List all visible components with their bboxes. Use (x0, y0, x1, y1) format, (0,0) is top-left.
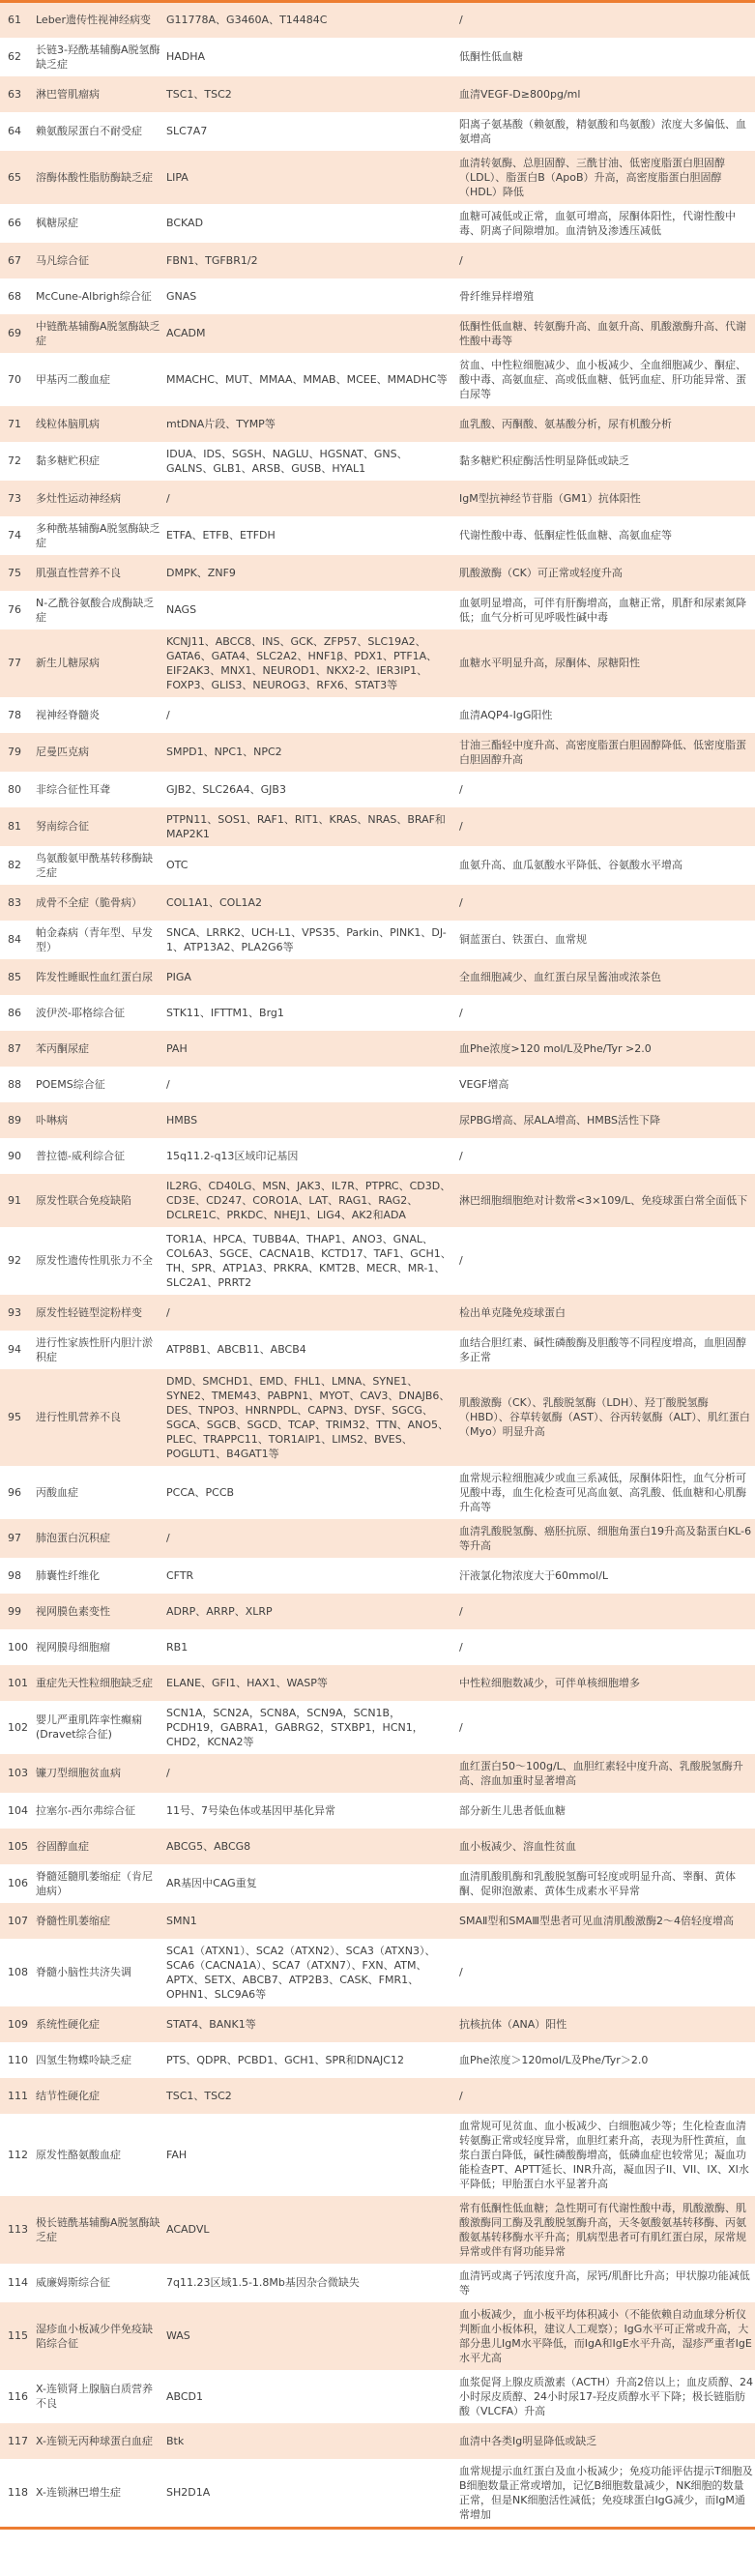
lab-findings: 汗液氯化物浓度大于60mmol/L (459, 1558, 755, 1594)
table-row: 106 脊髓延髓肌萎缩症（肯尼迪病） AR基因中CAG重复 血清肌酸肌酶和乳酸脱… (0, 1864, 755, 1903)
lab-findings: / (459, 243, 755, 278)
table-row: 73 多灶性运动神经病 / IgM型抗神经节苷脂（GM1）抗体阳性 (0, 481, 755, 516)
table-row: 83 成骨不全症（脆骨病） COL1A1、COL1A2 / (0, 885, 755, 921)
gene-list: 7q11.23区域1.5-1.8Mb基因杂合微缺失 (166, 2264, 459, 2302)
disease-name: 枫糖尿症 (36, 204, 166, 243)
disease-name: 波伊茨-耶格综合征 (36, 995, 166, 1031)
table-row: 114 威廉姆斯综合征 7q11.23区域1.5-1.8Mb基因杂合微缺失 血清… (0, 2264, 755, 2302)
lab-findings: 血结合胆红素、碱性磷酸酶及胆酸等不同程度增高，血胆固醇多正常 (459, 1331, 755, 1369)
lab-findings: VEGF增高 (459, 1067, 755, 1102)
lab-findings: 代谢性酸中毒、低酮症性低血糖、高氨血症等 (459, 516, 755, 555)
disease-name: 鸟氨酸氨甲酰基转移酶缺乏症 (36, 846, 166, 885)
table-row: 85 阵发性睡眠性血红蛋白尿 PIGA 全血细胞减少、血红蛋白尿呈酱油或浓茶色 (0, 959, 755, 995)
gene-list: LIPA (166, 151, 459, 204)
gene-list: HMBS (166, 1102, 459, 1138)
disease-name: 成骨不全症（脆骨病） (36, 885, 166, 921)
row-number: 110 (0, 2042, 36, 2078)
row-number: 109 (0, 2006, 36, 2042)
row-number: 65 (0, 151, 36, 204)
row-number: 95 (0, 1369, 36, 1466)
table-row: 111 结节性硬化症 TSC1、TSC2 / (0, 2078, 755, 2114)
gene-list: IDUA、IDS、SGSH、NAGLU、HGSNAT、GNS、GALNS、GLB… (166, 442, 459, 481)
lab-findings: / (459, 1138, 755, 1174)
disease-name: N-乙酰谷氨酸合成酶缺乏症 (36, 591, 166, 629)
table-row: 71 线粒体脑肌病 mtDNA片段、TYMP等 血乳酸、丙酮酸、氨基酸分析，尿有… (0, 406, 755, 442)
lab-findings: 全血细胞减少、血红蛋白尿呈酱油或浓茶色 (459, 959, 755, 995)
gene-list: AR基因中CAG重复 (166, 1864, 459, 1903)
gene-list: ELANE、GFI1、HAX1、WASP等 (166, 1665, 459, 1701)
gene-list: ACADVL (166, 2196, 459, 2264)
disease-table: 61 Leber遗传性视神经病变 G11778A、G3460A、T14484C … (0, 0, 755, 2530)
gene-list: PTS、QDPR、PCBD1、GCH1、SPR和DNAJC12 (166, 2042, 459, 2078)
gene-list: / (166, 1295, 459, 1331)
disease-name: 脊髓小脑性共济失调 (36, 1939, 166, 2006)
disease-name: 黏多糖贮积症 (36, 442, 166, 481)
row-number: 97 (0, 1519, 36, 1558)
row-number: 112 (0, 2114, 36, 2196)
disease-name: 视网膜母细胞瘤 (36, 1629, 166, 1665)
lab-findings: 血清钙或离子钙浓度升高，尿钙/肌酐比升高；甲状腺功能减低等 (459, 2264, 755, 2302)
table-row: 117 X-连锁无丙种球蛋白血症 Btk 血清中各类Ig明显降低或缺乏 (0, 2423, 755, 2459)
lab-findings: 淋巴细胞细胞绝对计数常<3×109/L、免疫球蛋白常全面低下 (459, 1174, 755, 1227)
table-row: 105 谷固醇血症 ABCG5、ABCG8 血小板减少、溶血性贫血 (0, 1829, 755, 1864)
disease-name: 长链3-羟酰基辅酶A脱氢酶缺乏症 (36, 38, 166, 76)
disease-name: 原发性联合免疫缺陷 (36, 1174, 166, 1227)
lab-findings: 血Phe浓度＞120mol/L及Phe/Tyr＞2.0 (459, 2042, 755, 2078)
table-row: 100 视网膜母细胞瘤 RB1 / (0, 1629, 755, 1665)
lab-findings: 肌酸激酶（CK）、乳酸脱氢酶（LDH）、羟丁酸脱氢酶（HBD）、谷草转氨酶（AS… (459, 1369, 755, 1466)
lab-findings: 血清肌酸肌酶和乳酸脱氢酶可轻度或明显升高、睾酮、黄体酮、促卵泡激素、黄体生成素水… (459, 1864, 755, 1903)
disease-name: 肺囊性纤维化 (36, 1558, 166, 1594)
lab-findings: 血常规可见贫血、血小板减少、白细胞减少等；生化检查血清转氨酶正常或轻度异常，血胆… (459, 2114, 755, 2196)
row-number: 101 (0, 1665, 36, 1701)
table-row: 102 婴儿严重肌阵挛性癫痫(Dravet综合征) SCN1A，SCN2A，SC… (0, 1701, 755, 1754)
table-row: 65 溶酶体酸性脂肪酶缺乏症 LIPA 血清转氨酶、总胆固醇、三酰甘油、低密度脂… (0, 151, 755, 204)
lab-findings: / (459, 1701, 755, 1754)
lab-findings: 血清中各类Ig明显降低或缺乏 (459, 2423, 755, 2459)
gene-list: PAH (166, 1031, 459, 1067)
lab-findings: 血常规示粒细胞减少或血三系减低，尿酮体阳性，血气分析可见酸中毒，血生化检查可见高… (459, 1466, 755, 1519)
table-row: 88 POEMS综合征 / VEGF增高 (0, 1067, 755, 1102)
disease-name: POEMS综合征 (36, 1067, 166, 1102)
disease-name: 原发性轻链型淀粉样变 (36, 1295, 166, 1331)
table-row: 67 马凡综合征 FBN1、TGFBR1/2 / (0, 243, 755, 278)
gene-list: SMN1 (166, 1903, 459, 1939)
lab-findings: 血清VEGF-D≥800pg/ml (459, 76, 755, 112)
gene-list: / (166, 1067, 459, 1102)
gene-list: STK11、IFTTM1、Brg1 (166, 995, 459, 1031)
lab-findings: 血氨明显增高，可伴有肝酶增高，血糖正常，肌酐和尿素氮降低；血气分析可见呼吸性碱中… (459, 591, 755, 629)
disease-name: 脊髓性肌萎缩症 (36, 1903, 166, 1939)
lab-findings: 阳离子氨基酸（赖氨酸，精氨酸和鸟氨酸）浓度大多偏低、血氨增高 (459, 112, 755, 151)
disease-name: 谷固醇血症 (36, 1829, 166, 1864)
disease-name: 视网膜色素变性 (36, 1594, 166, 1629)
gene-list: / (166, 697, 459, 733)
row-number: 73 (0, 481, 36, 516)
table-row: 93 原发性轻链型淀粉样变 / 检出单克隆免疫球蛋白 (0, 1295, 755, 1331)
disease-name: 四氢生物蝶呤缺乏症 (36, 2042, 166, 2078)
table-row: 104 拉塞尔-西尔弗综合征 11号、7号染色体或基因甲基化异常 部分新生儿患者… (0, 1793, 755, 1829)
lab-findings: / (459, 2, 755, 38)
row-number: 61 (0, 2, 36, 38)
gene-list: SCA1（ATXN1）、SCA2（ATXN2）、SCA3（ATXN3）、SCA6… (166, 1939, 459, 2006)
disease-name: 结节性硬化症 (36, 2078, 166, 2114)
lab-findings: 血小板减少、溶血性贫血 (459, 1829, 755, 1864)
lab-findings: 血氨升高、血瓜氨酸水平降低、谷氨酸水平增高 (459, 846, 755, 885)
gene-list: FBN1、TGFBR1/2 (166, 243, 459, 278)
table-row: 70 甲基丙二酸血症 MMACHC、MUT、MMAA、MMAB、MCEE、MMA… (0, 353, 755, 406)
disease-name: 进行性肌营养不良 (36, 1369, 166, 1466)
gene-list: TSC1、TSC2 (166, 76, 459, 112)
row-number: 62 (0, 38, 36, 76)
row-number: 86 (0, 995, 36, 1031)
table-row: 108 脊髓小脑性共济失调 SCA1（ATXN1）、SCA2（ATXN2）、SC… (0, 1939, 755, 2006)
disease-name: 新生儿糖尿病 (36, 629, 166, 697)
gene-list: CFTR (166, 1558, 459, 1594)
row-number: 85 (0, 959, 36, 995)
row-number: 64 (0, 112, 36, 151)
lab-findings: SMAⅡ型和SMAⅢ型患者可见血清肌酸激酶2～4倍轻度增高 (459, 1903, 755, 1939)
disease-name: 多种酰基辅酶A脱氢酶缺乏症 (36, 516, 166, 555)
lab-findings: 甘油三酯轻中度升高、高密度脂蛋白胆固醇降低、低密度脂蛋白胆固醇升高 (459, 733, 755, 772)
disease-name: 帕金森病（青年型、早发型） (36, 921, 166, 959)
gene-list: OTC (166, 846, 459, 885)
row-number: 114 (0, 2264, 36, 2302)
disease-name: 淋巴管肌瘤病 (36, 76, 166, 112)
lab-findings: 血糖水平明显升高，尿酮体、尿糖阳性 (459, 629, 755, 697)
row-number: 99 (0, 1594, 36, 1629)
table-row: 72 黏多糖贮积症 IDUA、IDS、SGSH、NAGLU、HGSNAT、GNS… (0, 442, 755, 481)
lab-findings: 血清AQP4-IgG阳性 (459, 697, 755, 733)
disease-name: 中链酰基辅酶A脱氢酶缺乏症 (36, 314, 166, 353)
table-row: 69 中链酰基辅酶A脱氢酶缺乏症 ACADM 低酮性低血糖、转氨酶升高、血氨升高… (0, 314, 755, 353)
row-number: 92 (0, 1227, 36, 1295)
row-number: 108 (0, 1939, 36, 2006)
gene-list: HADHA (166, 38, 459, 76)
disease-name: 阵发性睡眠性血红蛋白尿 (36, 959, 166, 995)
disease-name: McCune-Albrigh综合征 (36, 278, 166, 314)
table-row: 78 视神经脊髓炎 / 血清AQP4-IgG阳性 (0, 697, 755, 733)
disease-name: 马凡综合征 (36, 243, 166, 278)
gene-list: / (166, 1519, 459, 1558)
lab-findings: 尿PBG增高、尿ALA增高、HMBS活性下降 (459, 1102, 755, 1138)
disease-name: 婴儿严重肌阵挛性癫痫(Dravet综合征) (36, 1701, 166, 1754)
disease-name: 尼曼匹克病 (36, 733, 166, 772)
table-row: 68 McCune-Albrigh综合征 GNAS 骨纤维异样增殖 (0, 278, 755, 314)
row-number: 78 (0, 697, 36, 733)
table-row: 98 肺囊性纤维化 CFTR 汗液氯化物浓度大于60mmol/L (0, 1558, 755, 1594)
table-row: 110 四氢生物蝶呤缺乏症 PTS、QDPR、PCBD1、GCH1、SPR和DN… (0, 2042, 755, 2078)
gene-list: STAT4、BANK1等 (166, 2006, 459, 2042)
table-row: 103 镰刀型细胞贫血病 / 血红蛋白50～100g/L、血胆红素轻中度升高、乳… (0, 1754, 755, 1793)
table-row: 75 肌强直性营养不良 DMPK、ZNF9 肌酸激酶（CK）可正常或轻度升高 (0, 555, 755, 591)
lab-findings: / (459, 1594, 755, 1629)
row-number: 113 (0, 2196, 36, 2264)
table-row: 82 鸟氨酸氨甲酰基转移酶缺乏症 OTC 血氨升高、血瓜氨酸水平降低、谷氨酸水平… (0, 846, 755, 885)
table-row: 113 极长链酰基辅酶A脱氢酶缺乏症 ACADVL 常有低酮性低血糖；急性期可有… (0, 2196, 755, 2264)
row-number: 90 (0, 1138, 36, 1174)
table-row: 112 原发性酪氨酸血症 FAH 血常规可见贫血、血小板减少、白细胞减少等；生化… (0, 2114, 755, 2196)
row-number: 100 (0, 1629, 36, 1665)
lab-findings: 低酮性低血糖、转氨酶升高、血氨升高、肌酸激酶升高、代谢性酸中毒等 (459, 314, 755, 353)
disease-name: 丙酸血症 (36, 1466, 166, 1519)
disease-name: 镰刀型细胞贫血病 (36, 1754, 166, 1793)
row-number: 116 (0, 2370, 36, 2423)
gene-list: FAH (166, 2114, 459, 2196)
disease-name: X-连锁肾上腺脑白质营养不良 (36, 2370, 166, 2423)
gene-list: SMPD1、NPC1、NPC2 (166, 733, 459, 772)
row-number: 81 (0, 807, 36, 846)
disease-name: 湿疹血小板减少伴免疫缺陷综合征 (36, 2302, 166, 2370)
table-row: 87 苯丙酮尿症 PAH 血Phe浓度>120 mol/L及Phe/Tyr >2… (0, 1031, 755, 1067)
disease-name: 赖氨酸尿蛋白不耐受症 (36, 112, 166, 151)
table-row: 86 波伊茨-耶格综合征 STK11、IFTTM1、Brg1 / (0, 995, 755, 1031)
gene-list: TOR1A、HPCA、TUBB4A、THAP1、ANO3、GNAL、COL6A3… (166, 1227, 459, 1295)
row-number: 84 (0, 921, 36, 959)
disease-name: 重症先天性粒细胞缺乏症 (36, 1665, 166, 1701)
table-row: 92 原发性遗传性肌张力不全 TOR1A、HPCA、TUBB4A、THAP1、A… (0, 1227, 755, 1295)
lab-findings: 中性粒细胞数减少，可伴单核细胞增多 (459, 1665, 755, 1701)
gene-list: DMD、SMCHD1、EMD、FHL1、LMNA、SYNE1、SYNE2、TME… (166, 1369, 459, 1466)
gene-list: ETFA、ETFB、ETFDH (166, 516, 459, 555)
disease-name: 努南综合征 (36, 807, 166, 846)
lab-findings: 常有低酮性低血糖；急性期可有代谢性酸中毒，肌酸激酶、肌酸激酶同工酶及乳酸脱氢酶升… (459, 2196, 755, 2264)
disease-name: 非综合征性耳聋 (36, 772, 166, 807)
table-row: 96 丙酸血症 PCCA、PCCB 血常规示粒细胞减少或血三系减低，尿酮体阳性，… (0, 1466, 755, 1519)
row-number: 77 (0, 629, 36, 697)
row-number: 68 (0, 278, 36, 314)
gene-list: PTPN11、SOS1、RAF1、RIT1、KRAS、NRAS、BRAF和MAP… (166, 807, 459, 846)
table-row: 74 多种酰基辅酶A脱氢酶缺乏症 ETFA、ETFB、ETFDH 代谢性酸中毒、… (0, 516, 755, 555)
lab-findings: / (459, 807, 755, 846)
row-number: 82 (0, 846, 36, 885)
row-number: 76 (0, 591, 36, 629)
row-number: 105 (0, 1829, 36, 1864)
row-number: 94 (0, 1331, 36, 1369)
row-number: 72 (0, 442, 36, 481)
row-number: 117 (0, 2423, 36, 2459)
table-row: 80 非综合征性耳聋 GJB2、SLC26A4、GJB3 / (0, 772, 755, 807)
row-number: 103 (0, 1754, 36, 1793)
table-row: 95 进行性肌营养不良 DMD、SMCHD1、EMD、FHL1、LMNA、SYN… (0, 1369, 755, 1466)
lab-findings: 血常规提示血红蛋白及血小板减少；免疫功能评估提示T细胞及B细胞数量正常或增加，记… (459, 2459, 755, 2529)
table-row: 115 湿疹血小板减少伴免疫缺陷综合征 WAS 血小板减少，血小板平均体积减小（… (0, 2302, 755, 2370)
gene-list: SNCA、LRRK2、UCH-L1、VPS35、Parkin、PINK1、DJ-… (166, 921, 459, 959)
disease-name: 极长链酰基辅酶A脱氢酶缺乏症 (36, 2196, 166, 2264)
row-number: 107 (0, 1903, 36, 1939)
disease-name: 线粒体脑肌病 (36, 406, 166, 442)
table-row: 109 系统性硬化症 STAT4、BANK1等 抗核抗体（ANA）阳性 (0, 2006, 755, 2042)
row-number: 79 (0, 733, 36, 772)
disease-name: X-连锁无丙种球蛋白血症 (36, 2423, 166, 2459)
lab-findings: 血清转氨酶、总胆固醇、三酰甘油、低密度脂蛋白胆固醇（LDL）、脂蛋白B（ApoB… (459, 151, 755, 204)
row-number: 106 (0, 1864, 36, 1903)
row-number: 70 (0, 353, 36, 406)
lab-findings: 黏多糖贮积症酶活性明显降低或缺乏 (459, 442, 755, 481)
table-row: 118 X-连锁淋巴增生症 SH2D1A 血常规提示血红蛋白及血小板减少；免疫功… (0, 2459, 755, 2529)
lab-findings: / (459, 1939, 755, 2006)
lab-findings: 贫血、中性粒细胞减少、血小板减少、全血细胞减少、酮症、酸中毒、高氨血症、高或低血… (459, 353, 755, 406)
disease-name: 拉塞尔-西尔弗综合征 (36, 1793, 166, 1829)
gene-list: ADRP、ARRP、XLRP (166, 1594, 459, 1629)
lab-findings: / (459, 1629, 755, 1665)
gene-list: GNAS (166, 278, 459, 314)
table-row: 66 枫糖尿症 BCKAD 血糖可减低或正常，血氨可增高，尿酮体阳性，代谢性酸中… (0, 204, 755, 243)
lab-findings: 骨纤维异样增殖 (459, 278, 755, 314)
table-row: 89 卟啉病 HMBS 尿PBG增高、尿ALA增高、HMBS活性下降 (0, 1102, 755, 1138)
disease-name: 普拉德-威利综合征 (36, 1138, 166, 1174)
table-row: 94 进行性家族性肝内胆汁淤积症 ATP8B1、ABCB11、ABCB4 血结合… (0, 1331, 755, 1369)
table-row: 81 努南综合征 PTPN11、SOS1、RAF1、RIT1、KRAS、NRAS… (0, 807, 755, 846)
row-number: 98 (0, 1558, 36, 1594)
lab-findings: 检出单克隆免疫球蛋白 (459, 1295, 755, 1331)
disease-name: 溶酶体酸性脂肪酶缺乏症 (36, 151, 166, 204)
disease-name: 脊髓延髓肌萎缩症（肯尼迪病） (36, 1864, 166, 1903)
row-number: 71 (0, 406, 36, 442)
gene-list: DMPK、ZNF9 (166, 555, 459, 591)
disease-name: 进行性家族性肝内胆汁淤积症 (36, 1331, 166, 1369)
lab-findings: 血乳酸、丙酮酸、氨基酸分析，尿有机酸分析 (459, 406, 755, 442)
gene-list: ATP8B1、ABCB11、ABCB4 (166, 1331, 459, 1369)
lab-findings: 血小板减少，血小板平均体积减小（不能依赖自动血球分析仪判断血小板体积，建议人工观… (459, 2302, 755, 2370)
gene-list: RB1 (166, 1629, 459, 1665)
gene-list: mtDNA片段、TYMP等 (166, 406, 459, 442)
table-row: 76 N-乙酰谷氨酸合成酶缺乏症 NAGS 血氨明显增高，可伴有肝酶增高，血糖正… (0, 591, 755, 629)
gene-list: PIGA (166, 959, 459, 995)
gene-list: SH2D1A (166, 2459, 459, 2529)
lab-findings: IgM型抗神经节苷脂（GM1）抗体阳性 (459, 481, 755, 516)
disease-name: 卟啉病 (36, 1102, 166, 1138)
disease-name: 原发性酪氨酸血症 (36, 2114, 166, 2196)
table-row: 116 X-连锁肾上腺脑白质营养不良 ABCD1 血浆促肾上腺皮质激素（ACTH… (0, 2370, 755, 2423)
lab-findings: / (459, 885, 755, 921)
disease-name: X-连锁淋巴增生症 (36, 2459, 166, 2529)
gene-list: KCNJ11、ABCC8、INS、GCK、ZFP57、SLC19A2、GATA6… (166, 629, 459, 697)
lab-findings: 抗核抗体（ANA）阳性 (459, 2006, 755, 2042)
disease-name: 多灶性运动神经病 (36, 481, 166, 516)
disease-name: 甲基丙二酸血症 (36, 353, 166, 406)
row-number: 75 (0, 555, 36, 591)
gene-list: Btk (166, 2423, 459, 2459)
row-number: 74 (0, 516, 36, 555)
gene-list: COL1A1、COL1A2 (166, 885, 459, 921)
table-row: 99 视网膜色素变性 ADRP、ARRP、XLRP / (0, 1594, 755, 1629)
gene-list: ABCG5、ABCG8 (166, 1829, 459, 1864)
lab-findings: 血Phe浓度>120 mol/L及Phe/Tyr >2.0 (459, 1031, 755, 1067)
table-row: 107 脊髓性肌萎缩症 SMN1 SMAⅡ型和SMAⅢ型患者可见血清肌酸激酶2～… (0, 1903, 755, 1939)
table-row: 97 肺泡蛋白沉积症 / 血清乳酸脱氢酶、癌胚抗原、细胞角蛋白19升高及黏蛋白K… (0, 1519, 755, 1558)
row-number: 69 (0, 314, 36, 353)
row-number: 115 (0, 2302, 36, 2370)
disease-name: 原发性遗传性肌张力不全 (36, 1227, 166, 1295)
gene-list: TSC1、TSC2 (166, 2078, 459, 2114)
disease-name: 视神经脊髓炎 (36, 697, 166, 733)
lab-findings: 血红蛋白50～100g/L、血胆红素轻中度升高、乳酸脱氢酶升高、溶血加重时显著增… (459, 1754, 755, 1793)
table-body: 61 Leber遗传性视神经病变 G11778A、G3460A、T14484C … (0, 2, 755, 2529)
disease-name: 肌强直性营养不良 (36, 555, 166, 591)
row-number: 80 (0, 772, 36, 807)
disease-name: Leber遗传性视神经病变 (36, 2, 166, 38)
gene-list: IL2RG、CD40LG、MSN、JAK3、IL7R、PTPRC、CD3D、CD… (166, 1174, 459, 1227)
gene-list: GJB2、SLC26A4、GJB3 (166, 772, 459, 807)
table-row: 64 赖氨酸尿蛋白不耐受症 SLC7A7 阳离子氨基酸（赖氨酸，精氨酸和鸟氨酸）… (0, 112, 755, 151)
table-row: 79 尼曼匹克病 SMPD1、NPC1、NPC2 甘油三酯轻中度升高、高密度脂蛋… (0, 733, 755, 772)
gene-list: MMACHC、MUT、MMAA、MMAB、MCEE、MMADHC等 (166, 353, 459, 406)
row-number: 87 (0, 1031, 36, 1067)
row-number: 63 (0, 76, 36, 112)
table-row: 101 重症先天性粒细胞缺乏症 ELANE、GFI1、HAX1、WASP等 中性… (0, 1665, 755, 1701)
gene-list: 11号、7号染色体或基因甲基化异常 (166, 1793, 459, 1829)
gene-list: SCN1A，SCN2A，SCN8A，SCN9A，SCN1B，PCDH19，GAB… (166, 1701, 459, 1754)
gene-list: SLC7A7 (166, 112, 459, 151)
gene-list: ACADM (166, 314, 459, 353)
gene-list: NAGS (166, 591, 459, 629)
row-number: 111 (0, 2078, 36, 2114)
table-row: 91 原发性联合免疫缺陷 IL2RG、CD40LG、MSN、JAK3、IL7R、… (0, 1174, 755, 1227)
lab-findings: / (459, 995, 755, 1031)
disease-name: 威廉姆斯综合征 (36, 2264, 166, 2302)
gene-list: / (166, 481, 459, 516)
disease-name: 系统性硬化症 (36, 2006, 166, 2042)
gene-list: ABCD1 (166, 2370, 459, 2423)
row-number: 66 (0, 204, 36, 243)
row-number: 91 (0, 1174, 36, 1227)
row-number: 88 (0, 1067, 36, 1102)
row-number: 96 (0, 1466, 36, 1519)
gene-list: BCKAD (166, 204, 459, 243)
lab-findings: / (459, 772, 755, 807)
table-row: 63 淋巴管肌瘤病 TSC1、TSC2 血清VEGF-D≥800pg/ml (0, 76, 755, 112)
table-row: 90 普拉德-威利综合征 15q11.2-q13区域印记基因 / (0, 1138, 755, 1174)
lab-findings: 铜蓝蛋白、铁蛋白、血常规 (459, 921, 755, 959)
gene-list: / (166, 1754, 459, 1793)
row-number: 83 (0, 885, 36, 921)
lab-findings: 血浆促肾上腺皮质激素（ACTH）升高2倍以上；血皮质醇、24小时尿皮质醇、24小… (459, 2370, 755, 2423)
gene-list: PCCA、PCCB (166, 1466, 459, 1519)
disease-name: 苯丙酮尿症 (36, 1031, 166, 1067)
gene-list: 15q11.2-q13区域印记基因 (166, 1138, 459, 1174)
table-row: 77 新生儿糖尿病 KCNJ11、ABCC8、INS、GCK、ZFP57、SLC… (0, 629, 755, 697)
lab-findings: / (459, 1227, 755, 1295)
lab-findings: 血糖可减低或正常，血氨可增高，尿酮体阳性，代谢性酸中毒、阴离子间隙增加。血清钠及… (459, 204, 755, 243)
lab-findings: 低酮性低血糖 (459, 38, 755, 76)
table-row: 62 长链3-羟酰基辅酶A脱氢酶缺乏症 HADHA 低酮性低血糖 (0, 38, 755, 76)
row-number: 104 (0, 1793, 36, 1829)
lab-findings: / (459, 2078, 755, 2114)
row-number: 67 (0, 243, 36, 278)
gene-list: WAS (166, 2302, 459, 2370)
row-number: 89 (0, 1102, 36, 1138)
page: 61 Leber遗传性视神经病变 G11778A、G3460A、T14484C … (0, 0, 755, 2530)
lab-findings: 血清乳酸脱氢酶、癌胚抗原、细胞角蛋白19升高及黏蛋白KL-6等升高 (459, 1519, 755, 1558)
gene-list: G11778A、G3460A、T14484C (166, 2, 459, 38)
row-number: 93 (0, 1295, 36, 1331)
table-row: 61 Leber遗传性视神经病变 G11778A、G3460A、T14484C … (0, 2, 755, 38)
row-number: 118 (0, 2459, 36, 2529)
table-row: 84 帕金森病（青年型、早发型） SNCA、LRRK2、UCH-L1、VPS35… (0, 921, 755, 959)
lab-findings: 部分新生儿患者低血糖 (459, 1793, 755, 1829)
lab-findings: 肌酸激酶（CK）可正常或轻度升高 (459, 555, 755, 591)
row-number: 102 (0, 1701, 36, 1754)
disease-name: 肺泡蛋白沉积症 (36, 1519, 166, 1558)
